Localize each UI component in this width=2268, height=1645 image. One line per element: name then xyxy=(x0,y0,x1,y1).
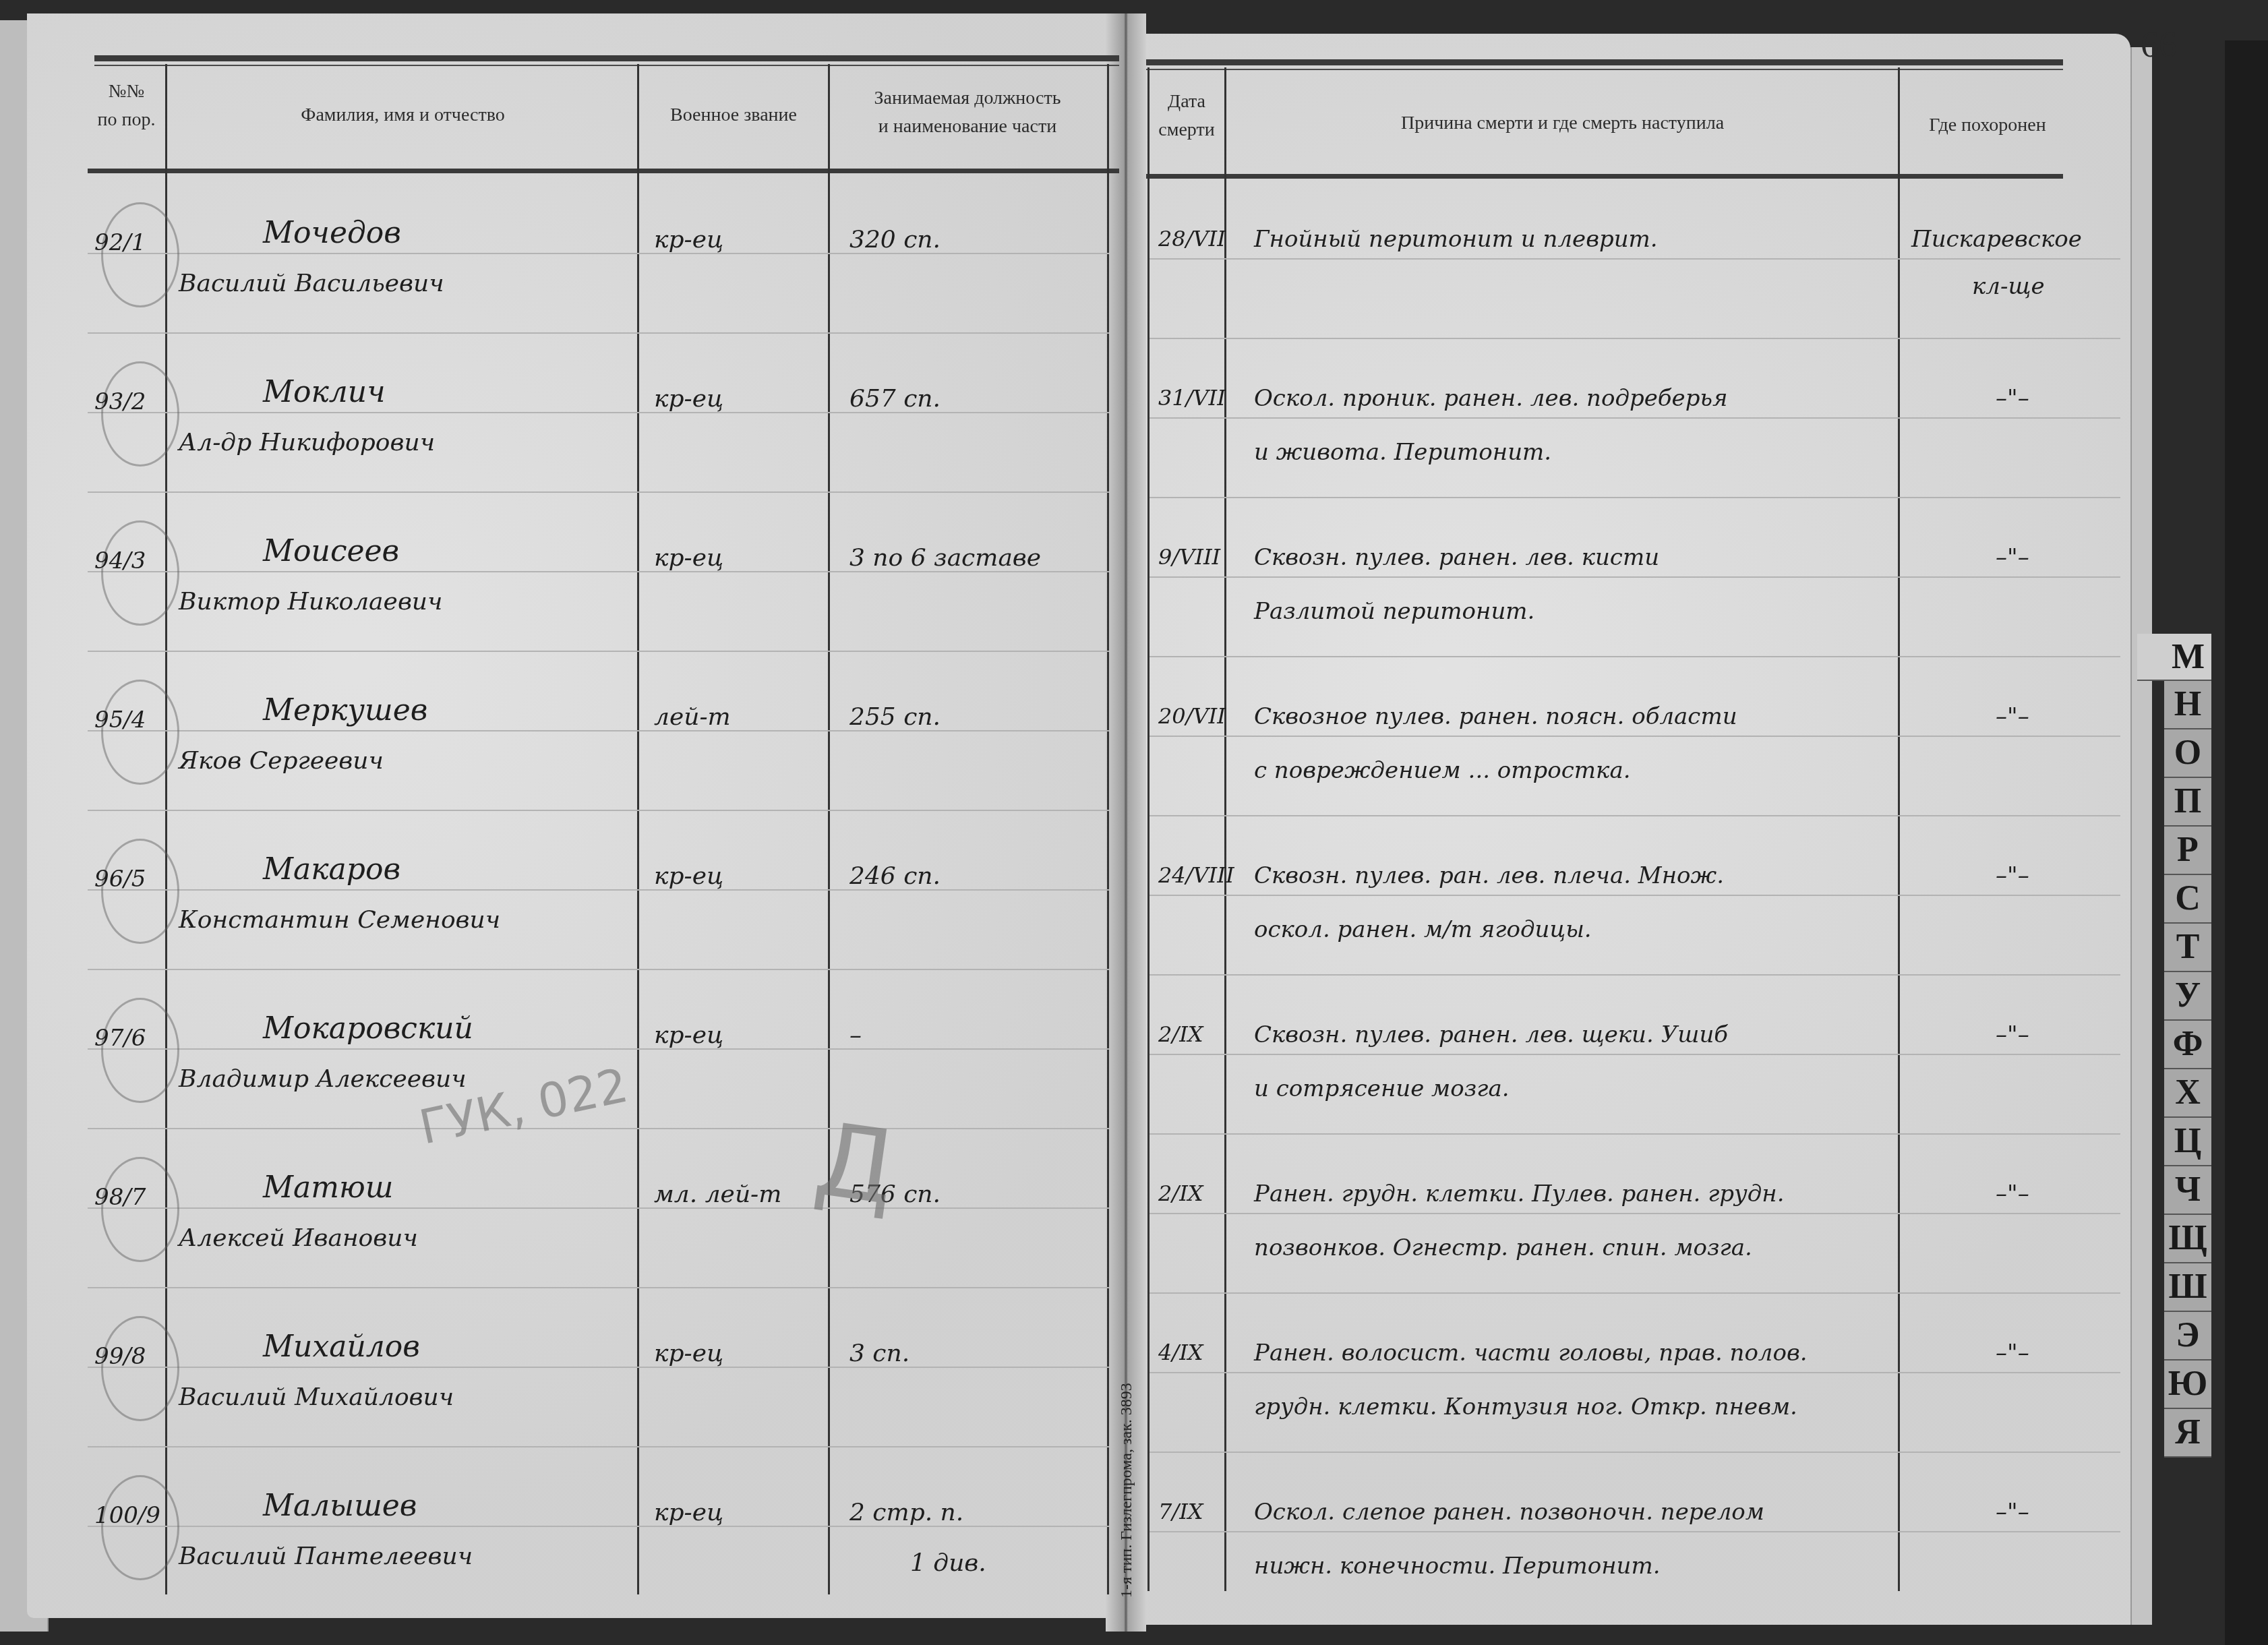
row-surname: Мочедов xyxy=(263,216,401,250)
row-unit: 3 сп. xyxy=(849,1340,909,1367)
printer-mark: 1-я тип. Гизлегпрома, зак. 3893 xyxy=(1114,1301,1141,1598)
ruled-line-right xyxy=(1150,1213,2120,1214)
row-cause-line1: Гнойный перитонит и плеврит. xyxy=(1254,226,1658,253)
header-bottom-rule-right xyxy=(1146,174,2063,179)
ruled-line-right xyxy=(1150,1292,2120,1294)
row-surname: Меркушев xyxy=(263,693,427,727)
row-unit: 2 стр. п. xyxy=(849,1499,963,1526)
ruled-line-left xyxy=(88,810,1109,811)
header-cause: Причина смерти и где смерть наступила xyxy=(1227,109,1898,138)
left-page xyxy=(27,13,1119,1618)
row-burial-place: –"– xyxy=(1996,385,2029,412)
alphabet-index-tabs: МНОПРСТУФХЦЧЩШЭЮЯ xyxy=(2164,634,2211,1458)
row-cause-line1: Ранен. волосист. части головы, прав. пол… xyxy=(1254,1340,1808,1367)
row-given-names: Яков Сергеевич xyxy=(179,747,384,775)
alphabet-tab-7[interactable]: Т xyxy=(2164,924,2211,972)
ruled-line-right xyxy=(1150,815,2120,816)
header-top-thin-rule-left xyxy=(94,65,1119,66)
ruled-line-right xyxy=(1150,974,2120,976)
row-date: 20/VII xyxy=(1158,703,1226,729)
row-unit: 3 по 6 заставе xyxy=(849,544,1041,572)
ruled-line-right xyxy=(1150,417,2120,419)
row-rank: лей-т xyxy=(654,703,731,731)
ruled-line-right xyxy=(1150,1452,2120,1453)
row-given-names: Василий Михайлович xyxy=(179,1383,454,1411)
ruled-line-left xyxy=(88,1367,1109,1368)
book-cover-edge xyxy=(2225,40,2268,1645)
row-burial-place: –"– xyxy=(1996,1180,2029,1207)
ruled-line-right xyxy=(1150,1133,2120,1135)
row-date: 9/VIII xyxy=(1158,544,1220,570)
row-given-names: Константин Семенович xyxy=(179,906,500,934)
header-top-rule-right xyxy=(1146,59,2063,65)
row-burial-place-line2: кл-ще xyxy=(1972,273,2045,300)
ruled-line-right xyxy=(1150,895,2120,896)
header-name: Фамилия, имя и отчество xyxy=(169,101,637,129)
row-rank: кр-ец xyxy=(654,1340,723,1367)
ruled-line-left xyxy=(88,730,1109,731)
ruled-line-left xyxy=(88,1207,1109,1209)
col-divider-unit xyxy=(1107,64,1109,1594)
row-cause-line2: оскол. ранен. м/т ягодицы. xyxy=(1254,916,1592,943)
ruled-line-left xyxy=(88,1287,1109,1288)
header-date-line1: Дата xyxy=(1149,88,1224,116)
row-number: 95/4 xyxy=(94,707,146,734)
row-cause-line2: грудн. клетки. Контузия ног. Откр. пневм… xyxy=(1254,1394,1797,1420)
row-given-names: Владимир Алексеевич xyxy=(179,1065,467,1093)
row-surname: Малышев xyxy=(263,1489,417,1523)
row-cause-line2: нижн. конечности. Перитонит. xyxy=(1254,1553,1661,1580)
right-page xyxy=(1146,34,2130,1625)
col-divider-cause xyxy=(1898,67,1900,1591)
ruled-line-right xyxy=(1150,736,2120,737)
row-cause-line1: Сквозн. пулев. ранен. лев. кисти xyxy=(1254,544,1659,571)
alphabet-tab-17[interactable]: Я xyxy=(2164,1409,2211,1458)
alphabet-tab-2[interactable]: Н xyxy=(2164,681,2211,729)
row-date: 28/VII xyxy=(1158,226,1226,251)
ruled-line-left xyxy=(88,412,1109,413)
alphabet-tab-6[interactable]: С xyxy=(2164,875,2211,924)
row-burial-place: –"– xyxy=(1996,1021,2029,1048)
alphabet-tab-4[interactable]: П xyxy=(2164,778,2211,827)
row-unit: 657 сп. xyxy=(849,385,941,413)
header-top-thin-rule-right xyxy=(1146,69,2063,70)
alphabet-tab-5[interactable]: Р xyxy=(2164,827,2211,875)
ruled-line-right xyxy=(1150,1372,2120,1373)
ruled-line-right xyxy=(1150,576,2120,578)
row-burial-place: –"– xyxy=(1996,862,2029,889)
row-rank: кр-ец xyxy=(654,544,723,572)
alphabet-tab-16[interactable]: Ю xyxy=(2164,1360,2211,1409)
row-burial-place: –"– xyxy=(1996,703,2029,730)
alphabet-tab-8[interactable]: У xyxy=(2164,972,2211,1021)
row-date: 7/IX xyxy=(1158,1499,1203,1524)
row-date: 2/IX xyxy=(1158,1021,1203,1047)
row-number: 100/9 xyxy=(94,1502,160,1529)
row-cause-line2: Разлитой перитонит. xyxy=(1254,598,1534,625)
ruled-line-right xyxy=(1150,1531,2120,1532)
row-date: 24/VIII xyxy=(1158,862,1234,888)
alphabet-tab-3[interactable]: О xyxy=(2164,729,2211,778)
row-rank: кр-ец xyxy=(654,226,723,253)
row-date: 2/IX xyxy=(1158,1180,1203,1206)
col-divider-rank xyxy=(828,64,830,1594)
row-rank: кр-ец xyxy=(654,862,723,890)
header-rank: Военное звание xyxy=(639,101,828,129)
row-cause-line2: позвонков. Огнестр. ранен. спин. мозга. xyxy=(1254,1234,1752,1261)
row-number: 99/8 xyxy=(94,1343,146,1370)
row-number: 94/3 xyxy=(94,547,146,574)
row-cause-line1: Оскол. проник. ранен. лев. подреберья xyxy=(1254,385,1728,412)
row-given-names: Алексей Иванович xyxy=(179,1224,418,1252)
ruled-line-left xyxy=(88,1048,1109,1050)
row-surname: Михайлов xyxy=(263,1329,420,1364)
alphabet-tab-11[interactable]: Ц xyxy=(2164,1118,2211,1166)
alphabet-tab-10[interactable]: Х xyxy=(2164,1069,2211,1118)
row-unit: 246 сп. xyxy=(849,862,941,890)
row-number: 96/5 xyxy=(94,866,146,893)
right-page-stack xyxy=(2130,47,2152,1625)
col-divider-date xyxy=(1224,67,1226,1591)
row-rank: кр-ец xyxy=(654,385,723,413)
alphabet-tab-14[interactable]: Ш xyxy=(2164,1263,2211,1312)
header-date-line2: смерти xyxy=(1149,116,1224,144)
row-burial-place: –"– xyxy=(1996,1499,2029,1526)
ruled-line-left xyxy=(88,889,1109,891)
row-surname: Мокаровский xyxy=(263,1011,473,1046)
alphabet-tab-9[interactable]: Ф xyxy=(2164,1021,2211,1069)
row-number: 93/2 xyxy=(94,388,146,415)
alphabet-tab-1[interactable]: М xyxy=(2137,634,2211,681)
col-divider-right-edge xyxy=(1147,67,1150,1591)
page-number: 66 xyxy=(2141,24,2177,65)
row-unit-line2: 1 див. xyxy=(910,1549,986,1577)
ruled-line-left xyxy=(88,253,1109,254)
header-burial: Где похоронен xyxy=(1900,111,2075,140)
row-given-names: Виктор Николаевич xyxy=(179,588,442,616)
ruled-line-left xyxy=(88,332,1109,334)
row-surname: Матюш xyxy=(263,1170,393,1205)
ruled-line-right xyxy=(1150,656,2120,657)
row-burial-place: –"– xyxy=(1996,544,2029,571)
row-rank: кр-ец xyxy=(654,1499,723,1526)
row-rank: кр-ец xyxy=(654,1021,723,1049)
row-cause-line2: с повреждением ... отростка. xyxy=(1254,757,1630,784)
row-number: 92/1 xyxy=(94,229,146,256)
row-given-names: Ал-др Никифорович xyxy=(179,429,435,456)
header-num-line1: №№ xyxy=(88,78,165,106)
alphabet-tab-15[interactable]: Э xyxy=(2164,1312,2211,1360)
row-burial-place: Пискаревское xyxy=(1911,226,2082,253)
row-date: 4/IX xyxy=(1158,1340,1203,1365)
printer-mark-text: 1-я тип. Гизлегпрома, зак. 3893 xyxy=(1118,1383,1136,1598)
ruled-line-left xyxy=(88,1446,1109,1447)
row-given-names: Василий Васильевич xyxy=(179,270,444,297)
ruled-line-left xyxy=(88,491,1109,493)
ruled-line-left xyxy=(88,1128,1109,1129)
row-cause-line1: Сквозн. пулев. ранен. лев. щеки. Ушиб xyxy=(1254,1021,1728,1048)
ruled-line-left xyxy=(88,969,1109,970)
row-given-names: Василий Пантелеевич xyxy=(179,1543,473,1570)
row-date: 31/VII xyxy=(1158,385,1226,411)
header-position: Занимаемая должность и наименование част… xyxy=(829,84,1106,141)
row-cause-line1: Сквозн. пулев. ран. лев. плеча. Множ. xyxy=(1254,862,1724,889)
row-surname: Моклич xyxy=(263,375,386,409)
header-position-line2: и наименование части xyxy=(829,113,1106,141)
row-number: 98/7 xyxy=(94,1184,146,1211)
header-position-line1: Занимаемая должность xyxy=(829,84,1106,113)
row-cause-line2: и сотрясение мозга. xyxy=(1254,1075,1510,1102)
row-unit: 255 сп. xyxy=(849,703,941,731)
col-divider-name xyxy=(637,64,639,1594)
row-surname: Макаров xyxy=(263,852,400,887)
row-burial-place: –"– xyxy=(1996,1340,2029,1367)
row-unit: – xyxy=(849,1021,862,1049)
alphabet-tab-13[interactable]: Щ xyxy=(2164,1215,2211,1263)
ruled-line-left xyxy=(88,651,1109,652)
ruled-line-right xyxy=(1150,258,2120,260)
ruled-line-right xyxy=(1150,338,2120,339)
row-number: 97/6 xyxy=(94,1025,146,1052)
header-num-line2: по пор. xyxy=(88,106,165,134)
ruled-line-right xyxy=(1150,1054,2120,1055)
row-cause-line1: Сквозное пулев. ранен. поясн. области xyxy=(1254,703,1737,730)
row-rank: мл. лей-т xyxy=(654,1180,781,1208)
ruled-line-right xyxy=(1150,497,2120,498)
row-cause-line1: Оскол. слепое ранен. позвоночн. перелом xyxy=(1254,1499,1764,1526)
row-surname: Моисеев xyxy=(263,534,399,568)
header-bottom-rule-left xyxy=(88,169,1119,173)
row-unit: 320 сп. xyxy=(849,226,941,253)
row-cause-line1: Ранен. грудн. клетки. Пулев. ранен. груд… xyxy=(1254,1180,1785,1207)
header-date: Дата смерти xyxy=(1149,88,1224,144)
row-cause-line2: и живота. Перитонит. xyxy=(1254,439,1551,466)
header-top-rule-left xyxy=(94,55,1119,61)
alphabet-tab-12[interactable]: Ч xyxy=(2164,1166,2211,1215)
header-num: №№ по пор. xyxy=(88,78,165,134)
pencil-mark: Д xyxy=(808,1101,902,1228)
